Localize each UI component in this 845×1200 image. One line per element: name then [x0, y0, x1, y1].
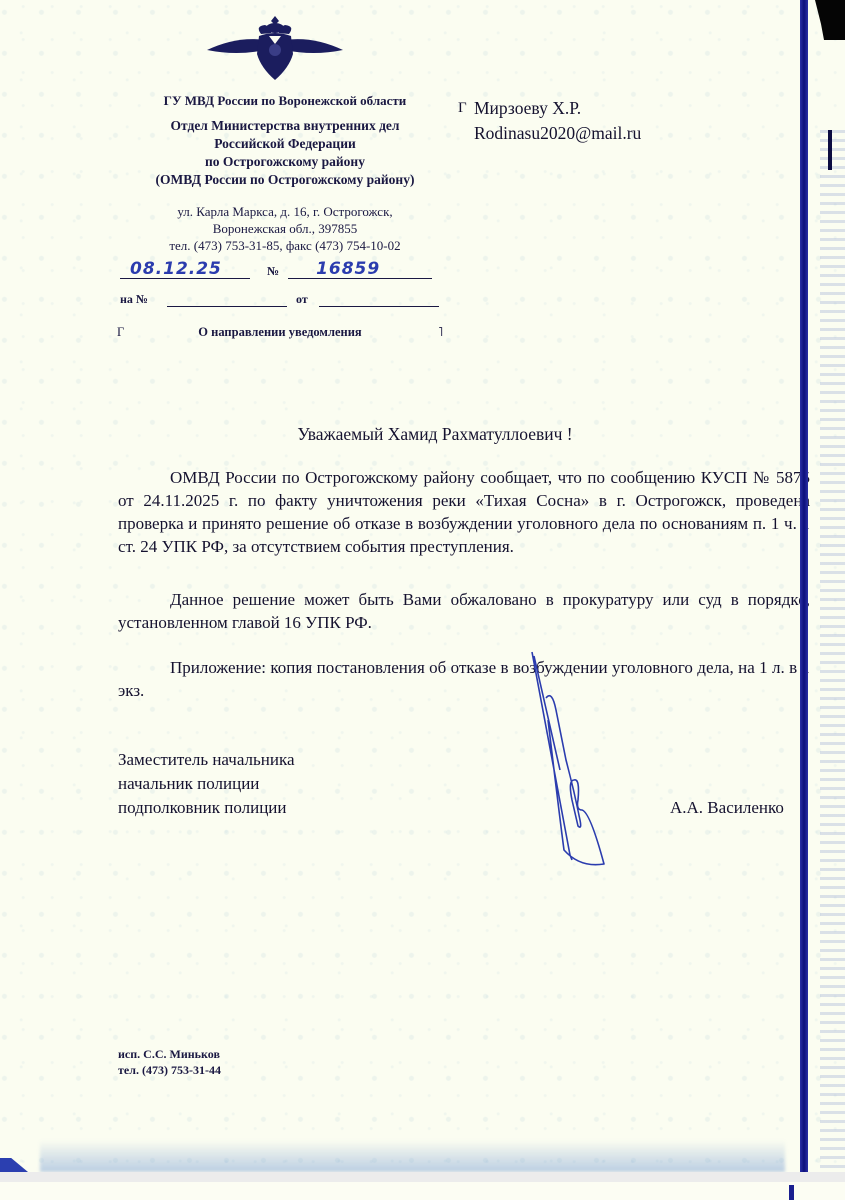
scan-edge-strip [820, 130, 845, 1172]
scan-edge-line [800, 0, 808, 1172]
signer-title-line: Заместитель начальника [118, 748, 295, 772]
mvd-eagle-emblem-icon [207, 14, 343, 84]
greeting: Уважаемый Хамид Рахматуллоевич ! [0, 424, 845, 445]
scan-corner-blot [0, 1158, 28, 1172]
subject-text: О направлении уведомления [117, 325, 443, 340]
number-field: 16859 [288, 262, 432, 279]
executor-phone: тел. (473) 753-31-44 [118, 1062, 221, 1078]
document-page: ГУ МВД России по Воронежской области Отд… [0, 0, 845, 1172]
reference-row: на № от [120, 290, 439, 307]
page-separator [0, 1172, 845, 1182]
signer-title: Заместитель начальника начальник полиции… [118, 748, 295, 820]
addressee-name: Мирзоеву Х.Р. [458, 96, 641, 121]
handwritten-date: 08.12.25 [130, 259, 222, 279]
number-label: № [267, 264, 279, 278]
next-page-edge-line [789, 1185, 794, 1200]
address-line: ул. Карла Маркса, д. 16, г. Острогожск, [110, 203, 460, 220]
from-label: от [296, 292, 308, 306]
scan-edge-mark [828, 130, 832, 170]
handwritten-number: 16859 [316, 259, 380, 279]
date-field: 08.12.25 [120, 262, 250, 279]
dept-line: по Острогожскому району [110, 153, 460, 171]
signer-name: А.А. Василенко [670, 798, 784, 818]
addressee-email: Rodinasu2020@mail.ru [458, 121, 641, 146]
dept-line: Российской Федерации [110, 135, 460, 153]
addressee-corner-mark: Г [458, 96, 467, 121]
body-paragraph-1: ОМВД России по Острогожскому району сооб… [118, 466, 810, 558]
executor-name: исп. С.С. Миньков [118, 1046, 221, 1062]
subject-line: Г О направлении уведомления ˥ [117, 325, 443, 340]
signer-title-line: подполковник полиции [118, 796, 295, 820]
department-address: ул. Карла Маркса, д. 16, г. Острогожск, … [110, 203, 460, 254]
executor-info: исп. С.С. Миньков тел. (473) 753-31-44 [118, 1046, 221, 1078]
ref-date-field [319, 290, 439, 307]
paragraph-text: Приложение: копия постановления об отказ… [118, 656, 810, 702]
bracket-right: ˥ [438, 325, 443, 340]
dept-line: (ОМВД России по Острогожскому району) [110, 171, 460, 189]
ref-label: на № [120, 292, 148, 306]
body-paragraph-attachment: Приложение: копия постановления об отказ… [118, 656, 810, 702]
dept-line: Отдел Министерства внутренних дел [110, 117, 460, 135]
address-line: Воронежская обл., 397855 [110, 220, 460, 237]
signer-title-line: начальник полиции [118, 772, 295, 796]
scan-smudge [40, 1140, 785, 1172]
address-line: тел. (473) 753-31-85, факс (473) 754-10-… [110, 237, 460, 254]
registration-row: 08.12.25 № 16859 [120, 262, 432, 279]
ref-number-field [167, 290, 287, 307]
department-name: Отдел Министерства внутренних дел Россий… [110, 117, 460, 189]
paragraph-text: ОМВД России по Острогожскому району сооб… [118, 466, 810, 558]
handwritten-signature-icon [520, 650, 640, 875]
body-paragraph-2: Данное решение может быть Вами обжалован… [118, 588, 810, 634]
next-page-top [0, 1182, 845, 1200]
bracket-left: Г [117, 325, 124, 340]
org-name: ГУ МВД России по Воронежской области [110, 93, 460, 109]
addressee-block: Г Мирзоеву Х.Р. Rodinasu2020@mail.ru [458, 96, 641, 146]
paragraph-text: Данное решение может быть Вами обжалован… [118, 588, 810, 634]
